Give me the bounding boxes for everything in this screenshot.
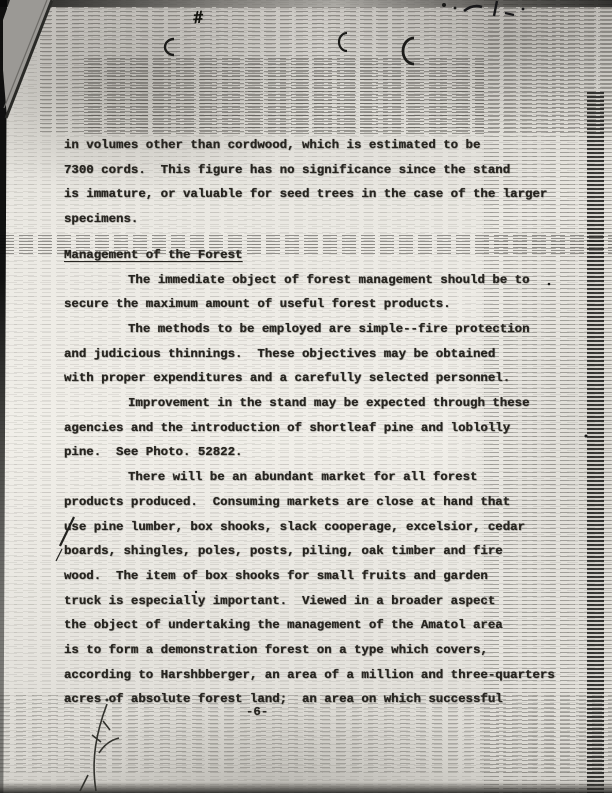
text-line: agencies and the introduction of shortle… xyxy=(64,416,564,441)
text-line: 7300 cords. This figure has no significa… xyxy=(64,158,564,183)
text-line: use pine lumber, box shooks, slack coope… xyxy=(64,515,564,540)
text-line: The immediate object of forest managemen… xyxy=(64,268,564,293)
text-line: the object of undertaking the management… xyxy=(64,613,564,638)
scanned-document-page: in volumes other than cordwood, which is… xyxy=(0,0,612,793)
text-line: and judicious thinnings. These objective… xyxy=(64,342,564,367)
text-line: wood. The item of box shooks for small f… xyxy=(64,564,564,589)
text-block: in volumes other than cordwood, which is… xyxy=(64,133,564,712)
text-line: secure the maximum amount of useful fore… xyxy=(64,292,564,317)
text-line: is immature, or valuable for seed trees … xyxy=(64,182,564,207)
text-line: pine. See Photo. 52822. xyxy=(64,440,564,465)
section-heading: Management of the Forest xyxy=(64,243,564,268)
text-line: specimens. xyxy=(64,207,564,232)
text-line: acres of absolute forest land; an area o… xyxy=(64,687,564,712)
text-line: products produced. Consuming markets are… xyxy=(64,490,564,515)
text-line: with proper expenditures and a carefully… xyxy=(64,366,564,391)
text-line: in volumes other than cordwood, which is… xyxy=(64,133,564,158)
text-line: boards, shingles, poles, posts, piling, … xyxy=(64,539,564,564)
text-line: The methods to be employed are simple--f… xyxy=(64,317,564,342)
text-line: according to Harshbberger, an area of a … xyxy=(64,663,564,688)
text-line: truck is especially important. Viewed in… xyxy=(64,589,564,614)
text-line: There will be an abundant market for all… xyxy=(64,465,564,490)
text-line: is to form a demonstration forest on a t… xyxy=(64,638,564,663)
page-number: -6- xyxy=(246,705,268,719)
text-line: Improvement in the stand may be expected… xyxy=(64,391,564,416)
